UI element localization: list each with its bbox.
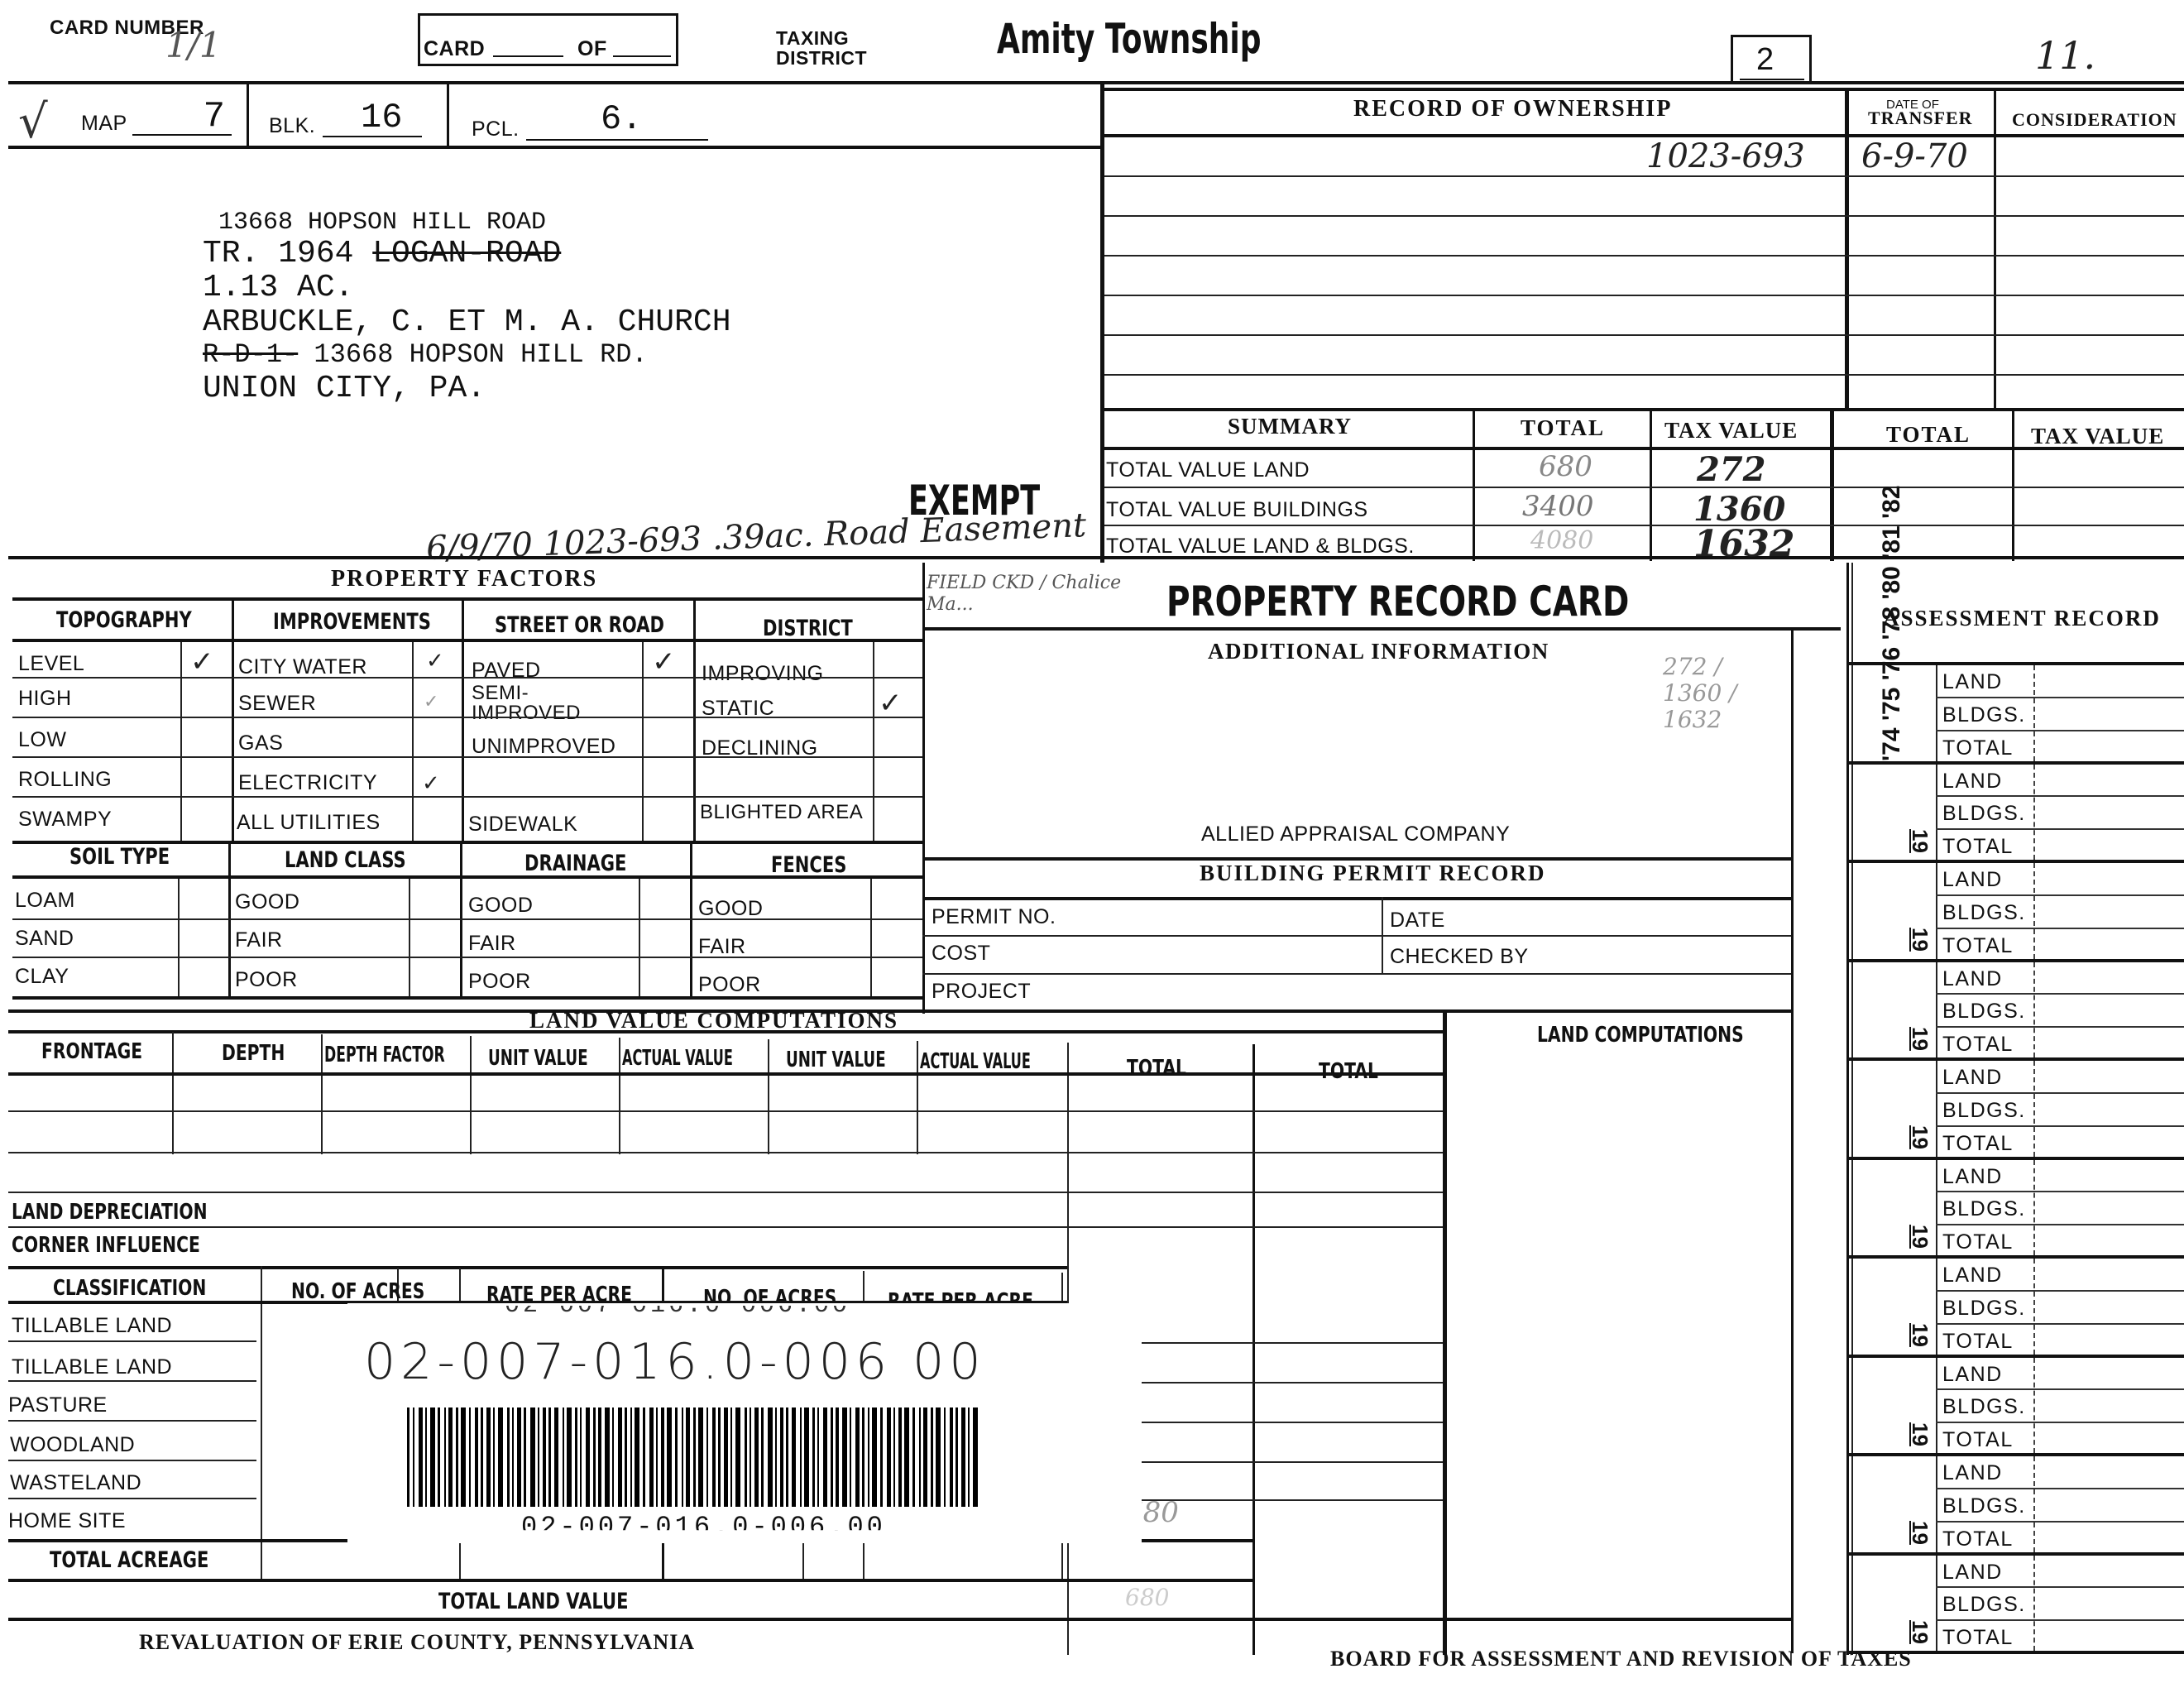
total-land-value-label: TOTAL LAND VALUE: [438, 1589, 629, 1614]
assessment-row-label: LAND: [1942, 967, 2003, 991]
factors-check-col-4: [873, 639, 874, 842]
assessment-row-label: LAND: [1942, 1461, 2003, 1485]
factor-item-label: FAIR: [468, 932, 516, 956]
barcode-icon: [407, 1407, 1069, 1507]
corner-influence-label: CORNER INFLUENCE: [12, 1233, 200, 1258]
pcl-label: PCL.: [472, 117, 520, 141]
factor-item-label: GOOD: [698, 897, 763, 921]
taxing-district-label: TAXING DISTRICT: [776, 28, 884, 68]
mailing-address: R-D-1- 13668 HOPSON HILL RD.: [203, 339, 648, 370]
factor-item-label: CITY WATER: [238, 655, 367, 679]
ownership-row[interactable]: [1104, 257, 2184, 296]
summary-col-tax-value: TAX VALUE: [1664, 418, 1798, 444]
assessment-block: LANDBLDGS.TOTAL19: [1846, 1453, 2184, 1552]
permit-no-field[interactable]: PERMIT NO.: [925, 899, 1380, 935]
factors-row-line: [12, 677, 922, 679]
class-col-classification: CLASSIFICATION: [53, 1276, 206, 1301]
classification-label: TILLABLE LAND: [12, 1314, 172, 1338]
factors-bottom-row-line: [12, 918, 922, 920]
permit-checked-by-label: CHECKED BY: [1390, 945, 1529, 969]
factors-bottom-check-1: [178, 877, 180, 998]
check-icon[interactable]: ✓: [426, 649, 444, 674]
field-checked-note: FIELD CKD / Chalice Ma...: [927, 573, 1142, 616]
factor-item-label: LOAM: [15, 889, 75, 913]
assessment-year-prefix: 19: [1907, 1521, 1933, 1545]
land-computations-area[interactable]: [1449, 1059, 1787, 1651]
factor-item-label: POOR: [698, 973, 761, 997]
assessment-row-total[interactable]: TOTAL: [1936, 1225, 2184, 1259]
district-code-value: 2: [1756, 42, 1774, 78]
factor-item-label: FAIR: [698, 935, 746, 959]
assessment-block: LANDBLDGS.TOTAL19: [1846, 860, 2184, 959]
card-of-blank-1[interactable]: [493, 55, 563, 57]
assessment-row-land[interactable]: LAND: [1936, 1358, 2184, 1391]
ownership-row[interactable]: [1104, 217, 2184, 257]
assessment-row-label: TOTAL: [1942, 1132, 2014, 1156]
land-value-title-line: [8, 1030, 1443, 1033]
summary-row-label: TOTAL VALUE LAND & BLDGS.: [1106, 535, 1415, 559]
summary-col-tax-value-2: TAX VALUE: [2031, 424, 2164, 449]
land-value-row[interactable]: [8, 1112, 1443, 1153]
permit-bottom-line: [8, 1009, 1791, 1013]
lv-col-depth: DEPTH: [222, 1041, 285, 1066]
assessment-year-prefix: 19: [1907, 1620, 1933, 1644]
factor-item-label: IMPROVING: [702, 662, 824, 686]
card-number-value[interactable]: 1/1: [165, 25, 222, 65]
card-of-box[interactable]: CARD OF: [418, 13, 678, 66]
assessment-row-land[interactable]: LAND: [1936, 1556, 2184, 1589]
assessment-row-label: LAND: [1942, 770, 2003, 794]
assessment-row-bldgs[interactable]: BLDGS.: [1936, 1489, 2184, 1523]
classification-row[interactable]: TILLABLE LAND: [8, 1342, 256, 1382]
assessment-row-total[interactable]: TOTAL: [1936, 1621, 2184, 1654]
assessment-row-bldgs[interactable]: BLDGS.: [1936, 797, 2184, 830]
ownership-row[interactable]: [1104, 296, 2184, 336]
assessment-row-label: TOTAL: [1942, 835, 2014, 859]
mailing-address-rest: 13668 HOPSON HILL RD.: [298, 339, 647, 370]
factor-item-label: SWAMPY: [18, 808, 112, 832]
assessment-row-land[interactable]: LAND: [1936, 1456, 2184, 1489]
date-header: TRANSFER: [1868, 108, 1973, 129]
factors-check-col-3: [642, 639, 644, 842]
factor-item-label: LOW: [18, 728, 66, 752]
assessment-block: LANDBLDGS.TOTAL19: [1846, 761, 2184, 861]
ownership-row[interactable]: [1104, 336, 2184, 376]
address-line-2: TR. 1964 LOGAN-ROAD: [203, 236, 561, 271]
check-icon[interactable]: ✓: [879, 687, 903, 720]
address-line-1: 13668 HOPSON HILL ROAD: [218, 209, 546, 237]
factors-row-line: [12, 756, 922, 758]
classification-row[interactable]: PASTURE: [8, 1382, 256, 1422]
footer-left: REVALUATION OF ERIE COUNTY, PENNSYLVANIA: [139, 1630, 695, 1655]
assessment-row-label: LAND: [1942, 1561, 2003, 1585]
ownership-bottom-line: [1100, 408, 2184, 411]
card-of-blank-2[interactable]: [613, 55, 671, 57]
mailing-city: UNION CITY, PA.: [203, 371, 486, 406]
factor-item-label: ELECTRICITY: [238, 771, 377, 795]
map-label: MAP: [81, 112, 127, 136]
summary-row-land-bldgs[interactable]: TOTAL VALUE LAND & BLDGS. 4080 1632: [1104, 526, 2184, 559]
factors-col-3: [693, 597, 696, 842]
land-computations-title: LAND COMPUTATIONS: [1537, 1023, 1744, 1048]
assessment-row-total[interactable]: TOTAL: [1936, 929, 2184, 962]
factors-row-line: [12, 717, 922, 718]
ownership-date-value: 6-9-70: [1861, 137, 1968, 175]
assessment-row-total[interactable]: TOTAL: [1936, 830, 2184, 863]
assessment-block: LANDBLDGS.TOTAL19: [1846, 959, 2184, 1058]
assessment-row-bldgs[interactable]: BLDGS.: [1936, 1292, 2184, 1325]
building-permit-title: BUILDING PERMIT RECORD: [1200, 861, 1546, 886]
assessment-block: LANDBLDGS.TOTAL19: [1846, 1552, 2184, 1652]
ownership-top-line: [1100, 88, 2184, 91]
assessment-row-label: BLDGS.: [1942, 1395, 2026, 1419]
check-icon[interactable]: ✓: [424, 692, 438, 712]
card-of-card-label: CARD: [424, 37, 485, 61]
classification-row[interactable]: TILLABLE LAND: [8, 1304, 256, 1342]
pcl-value: 6.: [601, 99, 642, 139]
factor-item-label: UNIMPROVED: [472, 735, 615, 759]
summary-col-total-2: TOTAL: [1886, 422, 1971, 448]
assessment-row-label: BLDGS.: [1942, 802, 2026, 826]
assessment-row-label: LAND: [1942, 1165, 2003, 1189]
factor-item-label: BLIGHTED AREA: [700, 803, 865, 822]
classification-label: WASTELAND: [10, 1471, 141, 1495]
improvements-header: IMPROVEMENTS: [273, 609, 431, 635]
assessment-row-total[interactable]: TOTAL: [1936, 731, 2184, 765]
assessment-row-total[interactable]: TOTAL: [1936, 1325, 2184, 1358]
assessment-row-bldgs[interactable]: BLDGS.: [1936, 896, 2184, 929]
district-code-underline: [1740, 79, 1804, 80]
corner-influence-row[interactable]: CORNER INFLUENCE: [8, 1228, 1443, 1263]
topography-header: TOPOGRAPHY: [56, 607, 192, 633]
parcel-bottom-line: [8, 146, 1100, 149]
assessment-year-prefix: 19: [1907, 1225, 1933, 1249]
footer-right: BOARD FOR ASSESSMENT AND REVISION OF TAX…: [1330, 1647, 1912, 1671]
classification-bottom-line: [8, 1618, 1791, 1621]
assessment-row-land[interactable]: LAND: [1936, 665, 2184, 698]
summary-row-label: TOTAL VALUE BUILDINGS: [1106, 498, 1368, 522]
lv-col-actual-value: ACTUAL VALUE: [622, 1046, 733, 1071]
assessment-row-land[interactable]: LAND: [1936, 765, 2184, 798]
summary-row-total: 4080: [1530, 526, 1593, 555]
summary-row-label: TOTAL VALUE LAND: [1106, 458, 1310, 482]
classification-label: WOODLAND: [10, 1433, 135, 1457]
assessment-row-label: BLDGS.: [1942, 1297, 2026, 1321]
factors-col-2: [462, 597, 464, 842]
factors-check-col-1: [180, 639, 182, 842]
assessment-row-land[interactable]: LAND: [1936, 863, 2184, 896]
classification-row[interactable]: WOODLAND: [8, 1422, 256, 1461]
parcel-divider-1: [247, 81, 249, 147]
assessment-row-bldgs[interactable]: BLDGS.: [1936, 1390, 2184, 1423]
record-card-right-border: [1791, 627, 1794, 1653]
fences-header: FENCES: [771, 852, 846, 878]
lv-col-unit-value: UNIT VALUE: [488, 1046, 588, 1071]
check-icon[interactable]: ✓: [652, 645, 676, 679]
assessment-row-label: LAND: [1942, 670, 2003, 694]
street-road-header: STREET OR ROAD: [495, 612, 664, 638]
permit-checked-by-field[interactable]: CHECKED BY: [1383, 937, 1790, 973]
factors-check-col-2: [412, 639, 414, 842]
factor-item-label: FAIR: [235, 928, 283, 952]
classification-label: TILLABLE LAND: [12, 1355, 172, 1379]
factor-item-label: HIGH: [18, 687, 72, 711]
assessment-row-land[interactable]: LAND: [1936, 1061, 2184, 1094]
summary-row-buildings[interactable]: TOTAL VALUE BUILDINGS 3400 1360: [1104, 488, 2184, 526]
lv-col-depth-factor: DEPTH FACTOR: [324, 1043, 445, 1067]
factor-item-label: GOOD: [468, 894, 533, 918]
factor-item-label: GAS: [238, 731, 283, 755]
property-factors-title: PROPERTY FACTORS: [331, 566, 597, 592]
summary-row-tax-value: 272: [1697, 450, 1766, 489]
lv-col-actual-value-2: ACTUAL VALUE: [920, 1049, 1031, 1074]
factors-bottom-line: [12, 996, 922, 1000]
assessment-row-label: BLDGS.: [1942, 1000, 2026, 1024]
assessment-row-total[interactable]: TOTAL: [1936, 1127, 2184, 1160]
drainage-header: DRAINAGE: [524, 851, 626, 876]
district-code-box: 2: [1731, 35, 1812, 84]
factor-item-label: LEVEL: [18, 652, 84, 676]
district-header: DISTRICT: [763, 616, 853, 641]
factors-bottom-header-line: [12, 875, 922, 879]
mailing-address-struck: R-D-1-: [203, 339, 298, 370]
factors-col-1: [232, 597, 234, 842]
assessment-row-label: LAND: [1942, 868, 2003, 892]
factor-item-label: PAVED: [472, 659, 541, 683]
assessment-year-prefix: 19: [1907, 1125, 1933, 1149]
classification-top-line: [8, 1266, 1067, 1269]
factor-item-label: ALL UTILITIES: [237, 811, 381, 835]
card-of-of-label: OF: [577, 37, 607, 61]
assessment-year-prefix: 19: [1907, 1422, 1933, 1446]
summary-row-total: 3400: [1522, 490, 1594, 523]
parcel-divider-2: [447, 81, 449, 149]
permit-no-label: PERMIT NO.: [932, 905, 1056, 929]
permit-cost-field[interactable]: COST: [925, 937, 1380, 973]
address-line-2-prefix: TR. 1964: [203, 236, 372, 271]
assessment-block: LANDBLDGS.TOTAL19: [1846, 1157, 2184, 1256]
summary-row-tax-value: 1632: [1693, 523, 1794, 565]
classification-label: PASTURE: [8, 1393, 108, 1417]
factor-item-label: SAND: [15, 927, 74, 951]
assessment-row-land[interactable]: LAND: [1936, 962, 2184, 995]
blk-value: 16: [361, 98, 402, 137]
check-icon[interactable]: ✓: [190, 645, 214, 679]
pcl-value-field[interactable]: 6.: [526, 99, 708, 141]
factors-bottom-check-4: [870, 877, 872, 998]
assessment-row-label: TOTAL: [1942, 1330, 2014, 1354]
assessment-block: LANDBLDGS.TOTAL19: [1846, 1355, 2184, 1454]
total-land-value: 680: [1125, 1584, 1169, 1611]
header-divider: [8, 81, 2184, 84]
assessment-row-label: TOTAL: [1942, 1626, 2014, 1650]
assessment-block: LANDBLDGS.TOTAL19: [1846, 1255, 2184, 1355]
additional-info-title: ADDITIONAL INFORMATION: [1208, 639, 1549, 664]
assessment-row-bldgs[interactable]: BLDGS.: [1936, 1588, 2184, 1621]
assessment-row-label: TOTAL: [1942, 1428, 2014, 1452]
assessment-year-prefix: 19: [1907, 1027, 1933, 1051]
record-card-title-line: [922, 627, 1841, 631]
map-checkmark: √: [18, 95, 48, 149]
factors-bottom-check-2: [409, 877, 410, 998]
assessment-row-bldgs[interactable]: BLDGS.: [1936, 1094, 2184, 1127]
assessment-row-bldgs[interactable]: BLDGS.: [1936, 1192, 2184, 1225]
classification-row[interactable]: WASTELAND: [8, 1461, 256, 1499]
lv-col-unit-value-2: UNIT VALUE: [786, 1048, 886, 1072]
assessment-row-label: TOTAL: [1942, 736, 2014, 760]
factor-item-label: SIDEWALK: [468, 813, 577, 837]
factor-item-label: POOR: [235, 968, 298, 992]
permit-project-field[interactable]: PROJECT: [925, 975, 1790, 1011]
land-class-header: LAND CLASS: [285, 847, 406, 873]
total-acreage-row[interactable]: TOTAL ACREAGE: [8, 1541, 1067, 1579]
assessment-row-label: BLDGS.: [1942, 1494, 2026, 1518]
summary-col-total: TOTAL: [1521, 415, 1605, 441]
summary-title: SUMMARY: [1228, 414, 1352, 439]
factor-item-label: ROLLING: [18, 768, 112, 792]
assessment-row-label: LAND: [1942, 1363, 2003, 1387]
factors-row-line: [12, 796, 922, 798]
factor-item-label: POOR: [468, 970, 531, 994]
address-line-2-struck: LOGAN-ROAD: [372, 236, 561, 271]
additional-info-area[interactable]: [931, 670, 1791, 811]
assessment-year-prefix: 19: [1907, 1323, 1933, 1347]
assessment-row-label: BLDGS.: [1942, 901, 2026, 925]
consideration-header: CONSIDERATION: [2012, 109, 2177, 131]
assessment-row-land[interactable]: LAND: [1936, 1160, 2184, 1193]
assessment-row-bldgs[interactable]: BLDGS.: [1936, 995, 2184, 1028]
summary-row-land[interactable]: TOTAL VALUE LAND 680 272: [1104, 450, 2184, 488]
assessment-block: LANDBLDGS.TOTAL: [1846, 662, 2184, 761]
assessment-row-label: LAND: [1942, 1066, 2003, 1090]
ownership-row[interactable]: [1104, 177, 2184, 217]
assessment-row-label: TOTAL: [1942, 934, 2014, 958]
land-depreciation-row[interactable]: LAND DEPRECIATION: [8, 1193, 1443, 1228]
assessment-row-label: TOTAL: [1942, 1033, 2014, 1057]
soil-type-header: SOIL TYPE: [69, 844, 170, 870]
assessment-year-prefix: 19: [1907, 928, 1933, 952]
factors-bottom-row-line: [12, 957, 922, 958]
owner-name: ARBUCKLE, C. ET M. A. CHURCH: [203, 305, 731, 340]
property-record-card-title: PROPERTY RECORD CARD: [1166, 578, 1629, 626]
classification-label: HOME SITE: [8, 1509, 126, 1533]
assessment-year-prefix: 19: [1907, 829, 1933, 853]
assessment-row-label: BLDGS.: [1942, 1099, 2026, 1123]
assessment-row-label: BLDGS.: [1942, 703, 2026, 727]
barcode-handwritten-id: 02-007-016.0-006 00: [364, 1333, 986, 1391]
factor-item-label: GOOD: [235, 890, 299, 914]
assessment-row-bldgs[interactable]: BLDGS.: [1936, 698, 2184, 731]
ownership-title: RECORD OF OWNERSHIP: [1353, 96, 1672, 122]
total-land-value-row[interactable]: TOTAL LAND VALUE 680: [8, 1580, 1253, 1618]
map-value-field[interactable]: 7: [132, 96, 232, 136]
land-value-row[interactable]: [8, 1153, 1443, 1193]
assessment-block: LANDBLDGS.TOTAL19: [1846, 1057, 2184, 1157]
land-value-row[interactable]: [8, 1074, 1443, 1112]
factors-bottom-check-3: [639, 877, 640, 998]
assessment-title: ASSESSMENT RECORD: [1883, 606, 2161, 631]
permit-cost-label: COST: [932, 942, 990, 966]
factor-item-label: SEWER: [238, 692, 316, 716]
map-value: 7: [204, 96, 225, 137]
factor-item-label: CLAY: [15, 965, 69, 989]
assessment-row-total[interactable]: TOTAL: [1936, 1028, 2184, 1061]
corner-mark: 11.: [2035, 33, 2095, 78]
permit-project-label: PROJECT: [932, 980, 1031, 1004]
assessment-row-label: TOTAL: [1942, 1230, 2014, 1254]
assessment-row-label: BLDGS.: [1942, 1197, 2026, 1221]
permit-date-field[interactable]: DATE: [1383, 899, 1790, 935]
taxing-district-value: Amity Township: [997, 15, 1261, 63]
factors-title-line: [12, 597, 922, 601]
barcode-label: 02 007 016.0 006.00 02-007-016.0-006 00 …: [347, 1303, 1142, 1543]
ownership-row[interactable]: 1023-693 6-9-70: [1104, 137, 2184, 177]
card-number-label: CARD NUMBER: [50, 18, 124, 38]
lv-col-frontage: FRONTAGE: [41, 1039, 142, 1064]
assessment-row-total[interactable]: TOTAL: [1936, 1423, 2184, 1456]
summary-row-total: 680: [1539, 450, 1592, 483]
appraiser-name: ALLIED APPRAISAL COMPANY: [1201, 822, 1510, 846]
blk-value-field[interactable]: 16: [323, 98, 422, 137]
land-computations-divider: [1443, 1011, 1447, 1655]
assessment-row-land[interactable]: LAND: [1936, 1259, 2184, 1292]
assessment-row-label: LAND: [1942, 1264, 2003, 1288]
address-acreage: 1.13 AC.: [203, 270, 353, 305]
total-acreage-label: TOTAL ACREAGE: [50, 1547, 208, 1573]
permit-date-label: DATE: [1390, 909, 1445, 933]
land-depreciation-label: LAND DEPRECIATION: [12, 1200, 208, 1225]
ownership-record-value: 1023-693: [1646, 137, 1805, 175]
blk-label: BLK.: [269, 114, 315, 138]
barcode-printed-id: 02-007-016.0-006.00: [521, 1512, 886, 1542]
assessment-row-total[interactable]: TOTAL: [1936, 1523, 2184, 1556]
assessment-row-label: BLDGS.: [1942, 1593, 2026, 1617]
factors-header-line: [12, 639, 922, 642]
assessment-row-label: TOTAL: [1942, 1527, 2014, 1551]
ownership-row[interactable]: [1104, 376, 2184, 407]
check-icon[interactable]: ✓: [422, 771, 440, 796]
